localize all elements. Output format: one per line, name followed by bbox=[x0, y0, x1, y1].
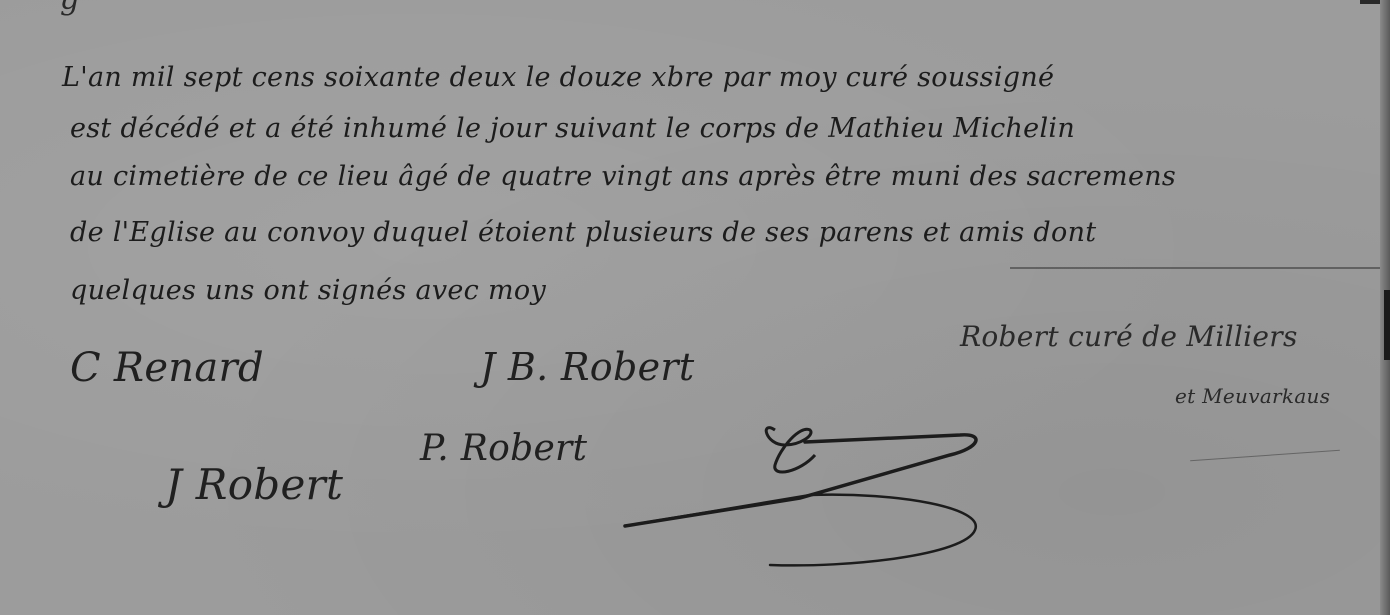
signature-p-robert: P. Robert bbox=[420, 428, 587, 469]
record-line-2: est décédé et a été inhumé le jour suiva… bbox=[70, 113, 1075, 144]
cure-flourish bbox=[1190, 450, 1340, 461]
record-line-3: au cimetière de ce lieu âgé de quatre vi… bbox=[70, 161, 1176, 192]
record-line-4: de l'Eglise au convoy duquel étoient plu… bbox=[70, 217, 1096, 248]
signature-cure-line2: et Meuvarkaus bbox=[1175, 384, 1330, 408]
document-page: g L'an mil sept cens soixante deux le do… bbox=[0, 0, 1390, 615]
line-end-stroke bbox=[1010, 267, 1380, 269]
scan-edge-mark bbox=[1384, 290, 1390, 360]
record-line-5: quelques uns ont signés avec moy bbox=[70, 275, 546, 306]
signature-cure: Robert curé de Milliers bbox=[960, 320, 1298, 353]
paraphe-flourish-icon bbox=[600, 400, 1000, 580]
record-line-1: L'an mil sept cens soixante deux le douz… bbox=[62, 62, 1054, 93]
signature-renard: C Renard bbox=[70, 345, 264, 391]
signature-robert: J Robert bbox=[165, 460, 343, 509]
top-margin-fragment: g bbox=[60, 0, 79, 17]
signature-b-robert: J B. Robert bbox=[480, 345, 694, 389]
